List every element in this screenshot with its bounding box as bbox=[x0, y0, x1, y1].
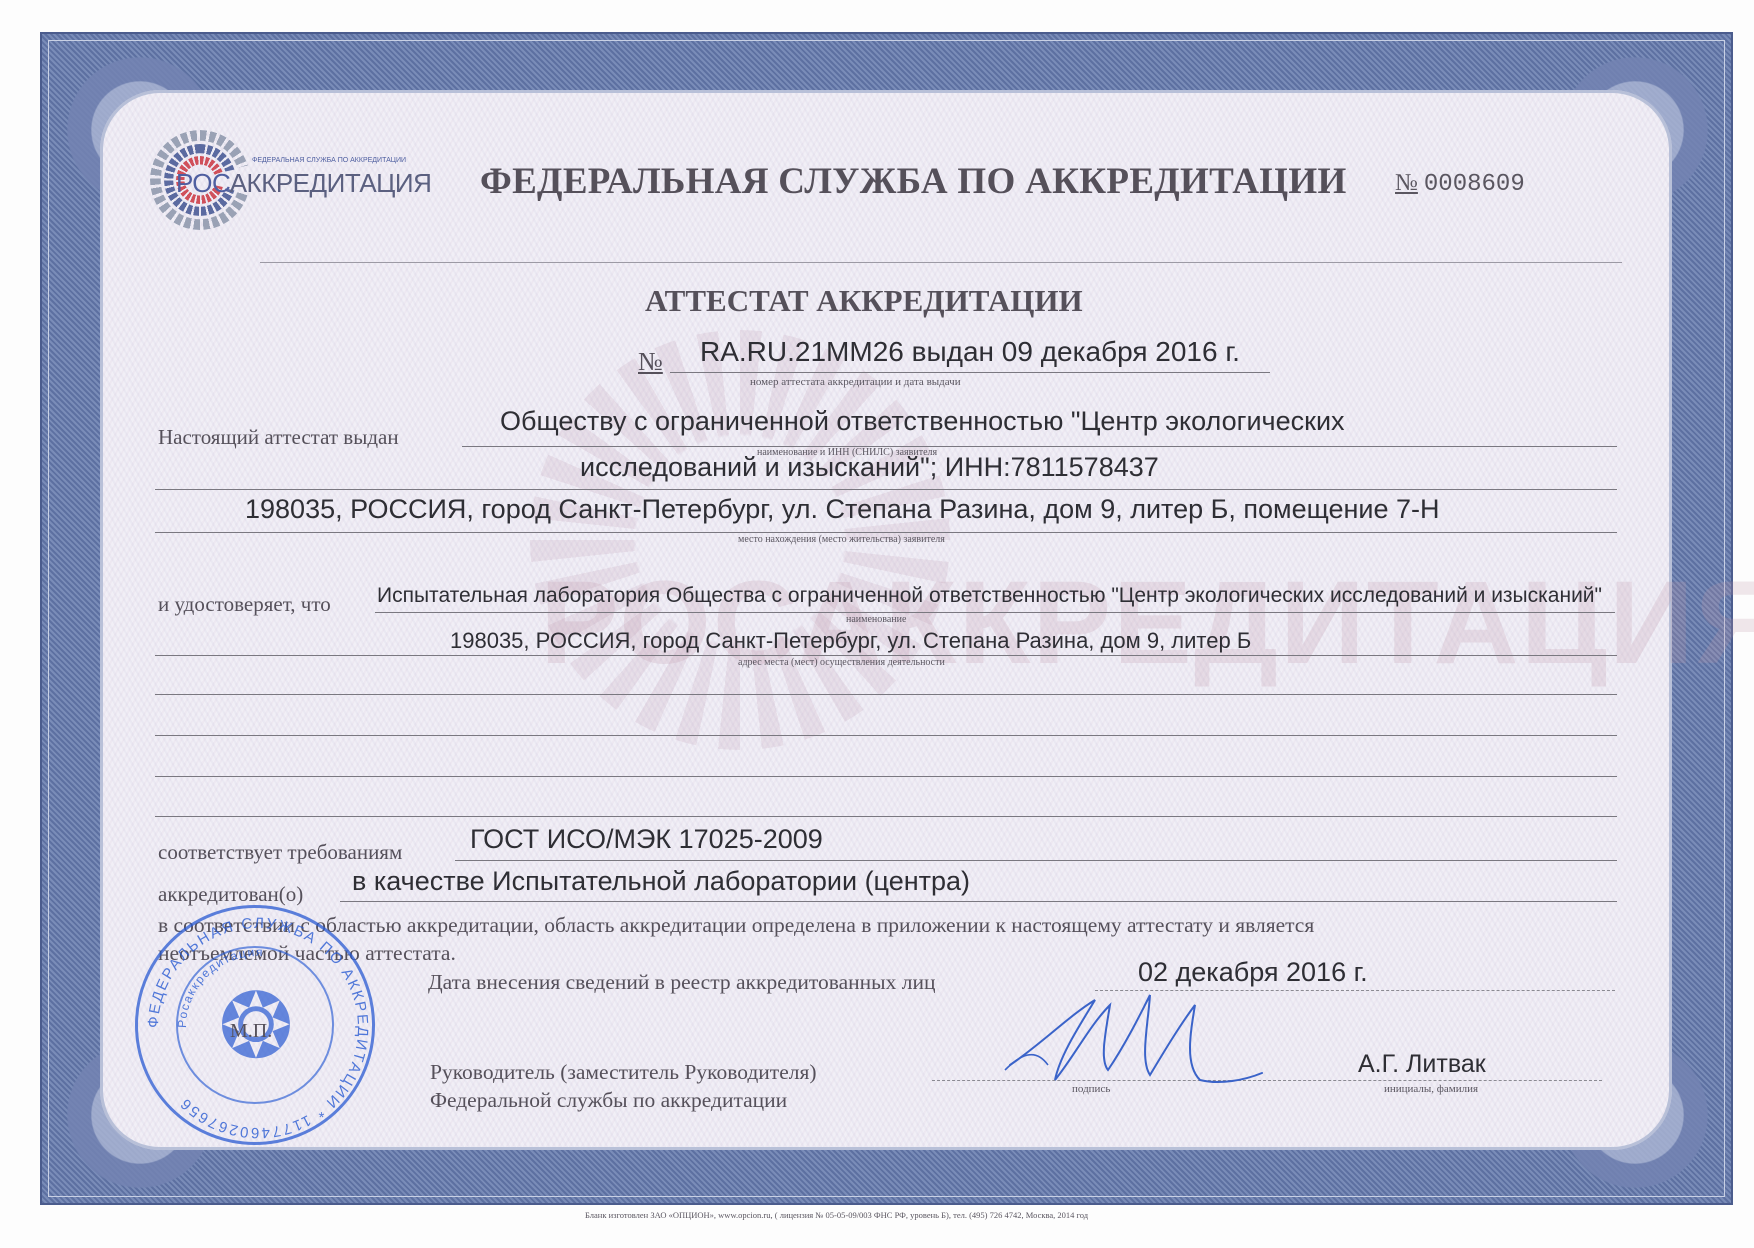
logo-brand-prefix: РОС bbox=[176, 168, 230, 198]
certifies-address: 198035, РОССИЯ, город Санкт-Петербург, у… bbox=[450, 628, 1251, 654]
certificate-number-and-date: RA.RU.21MM26 выдан 09 декабря 2016 г. bbox=[700, 336, 1240, 368]
certifies-name-rule bbox=[375, 612, 1615, 613]
seal-mp-label: М.П. bbox=[230, 1020, 272, 1043]
certifies-address-rule bbox=[155, 655, 1617, 656]
blank-line-3 bbox=[155, 776, 1617, 777]
issued-to-label: Настоящий аттестат выдан bbox=[158, 425, 399, 450]
signatory-name-caption: инициалы, фамилия bbox=[1384, 1083, 1478, 1095]
issued-to-line1: Обществу с ограниченной ответственностью… bbox=[500, 406, 1345, 437]
blank-line-4 bbox=[155, 816, 1617, 817]
signatory-title-line1: Руководитель (заместитель Руководителя) bbox=[430, 1060, 817, 1085]
requirements-rule bbox=[455, 860, 1617, 861]
blank-line-1 bbox=[155, 694, 1617, 695]
issued-to-address: 198035, РОССИЯ, город Санкт-Петербург, у… bbox=[245, 494, 1440, 525]
blank-line-2 bbox=[155, 735, 1617, 736]
agency-title: ФЕДЕРАЛЬНАЯ СЛУЖБА ПО АККРЕДИТАЦИИ bbox=[480, 160, 1347, 203]
watermark-text: РОСАККРЕДИТАЦИЯ bbox=[540, 555, 1754, 691]
issued-to-line2: исследований и изысканий"; ИНН:781157843… bbox=[580, 452, 1159, 483]
registry-date-value: 02 декабря 2016 г. bbox=[1138, 957, 1368, 988]
certificate-number-caption: номер аттестата аккредитации и дата выда… bbox=[750, 376, 961, 388]
signatory-title-line2: Федеральной службы по аккредитации bbox=[430, 1088, 787, 1113]
certificate-title: АТТЕСТАТ АККРЕДИТАЦИИ bbox=[645, 283, 1083, 319]
accredited-as-label: аккредитован(о) bbox=[158, 882, 303, 907]
issued-to-address-caption: место нахождения (место жительства) заяв… bbox=[738, 534, 945, 545]
accredited-as-rule bbox=[340, 901, 1617, 902]
form-number: № 0008609 bbox=[1395, 170, 1525, 198]
certifies-name: Испытательная лаборатория Общества с огр… bbox=[377, 584, 1602, 608]
certificate-number-line bbox=[670, 372, 1270, 373]
certifies-name-caption: наименование bbox=[846, 614, 906, 625]
requirements-label: соответствует требованиям bbox=[158, 840, 402, 865]
signatory-name: А.Г. Литвак bbox=[1358, 1050, 1486, 1079]
issued-to-line2-rule bbox=[155, 489, 1617, 490]
certificate-number-sign: № bbox=[638, 347, 663, 377]
issued-to-address-rule bbox=[155, 532, 1617, 533]
footer-imprint: Бланк изготовлен ЗАО «ОПЦИОН», www.opcio… bbox=[585, 1210, 1088, 1220]
official-seal: ФЕДЕРАЛЬНАЯ СЛУЖБА ПО АККРЕДИТАЦИИ * 117… bbox=[135, 905, 375, 1145]
logo-tagline: ФЕДЕРАЛЬНАЯ СЛУЖБА ПО АККРЕДИТАЦИИ bbox=[252, 157, 406, 164]
signature-icon bbox=[1000, 985, 1270, 1095]
logo-wordmark: РОСАККРЕДИТАЦИЯ bbox=[176, 168, 431, 199]
certifies-address-caption: адрес места (мест) осуществления деятель… bbox=[738, 657, 945, 668]
certifies-label: и удостоверяет, что bbox=[158, 592, 331, 617]
header-divider bbox=[260, 262, 1622, 263]
issued-to-line1-rule bbox=[462, 446, 1617, 447]
accredited-as-value: в качестве Испытательной лаборатории (це… bbox=[352, 866, 970, 897]
logo-brand-rest: АККРЕДИТАЦИЯ bbox=[230, 168, 432, 198]
requirements-value: ГОСТ ИСО/МЭК 17025-2009 bbox=[470, 824, 823, 855]
number-sign-icon: № bbox=[1395, 170, 1418, 196]
registry-date-label: Дата внесения сведений в реестр аккредит… bbox=[428, 970, 936, 995]
form-number-value: 0008609 bbox=[1424, 171, 1525, 198]
